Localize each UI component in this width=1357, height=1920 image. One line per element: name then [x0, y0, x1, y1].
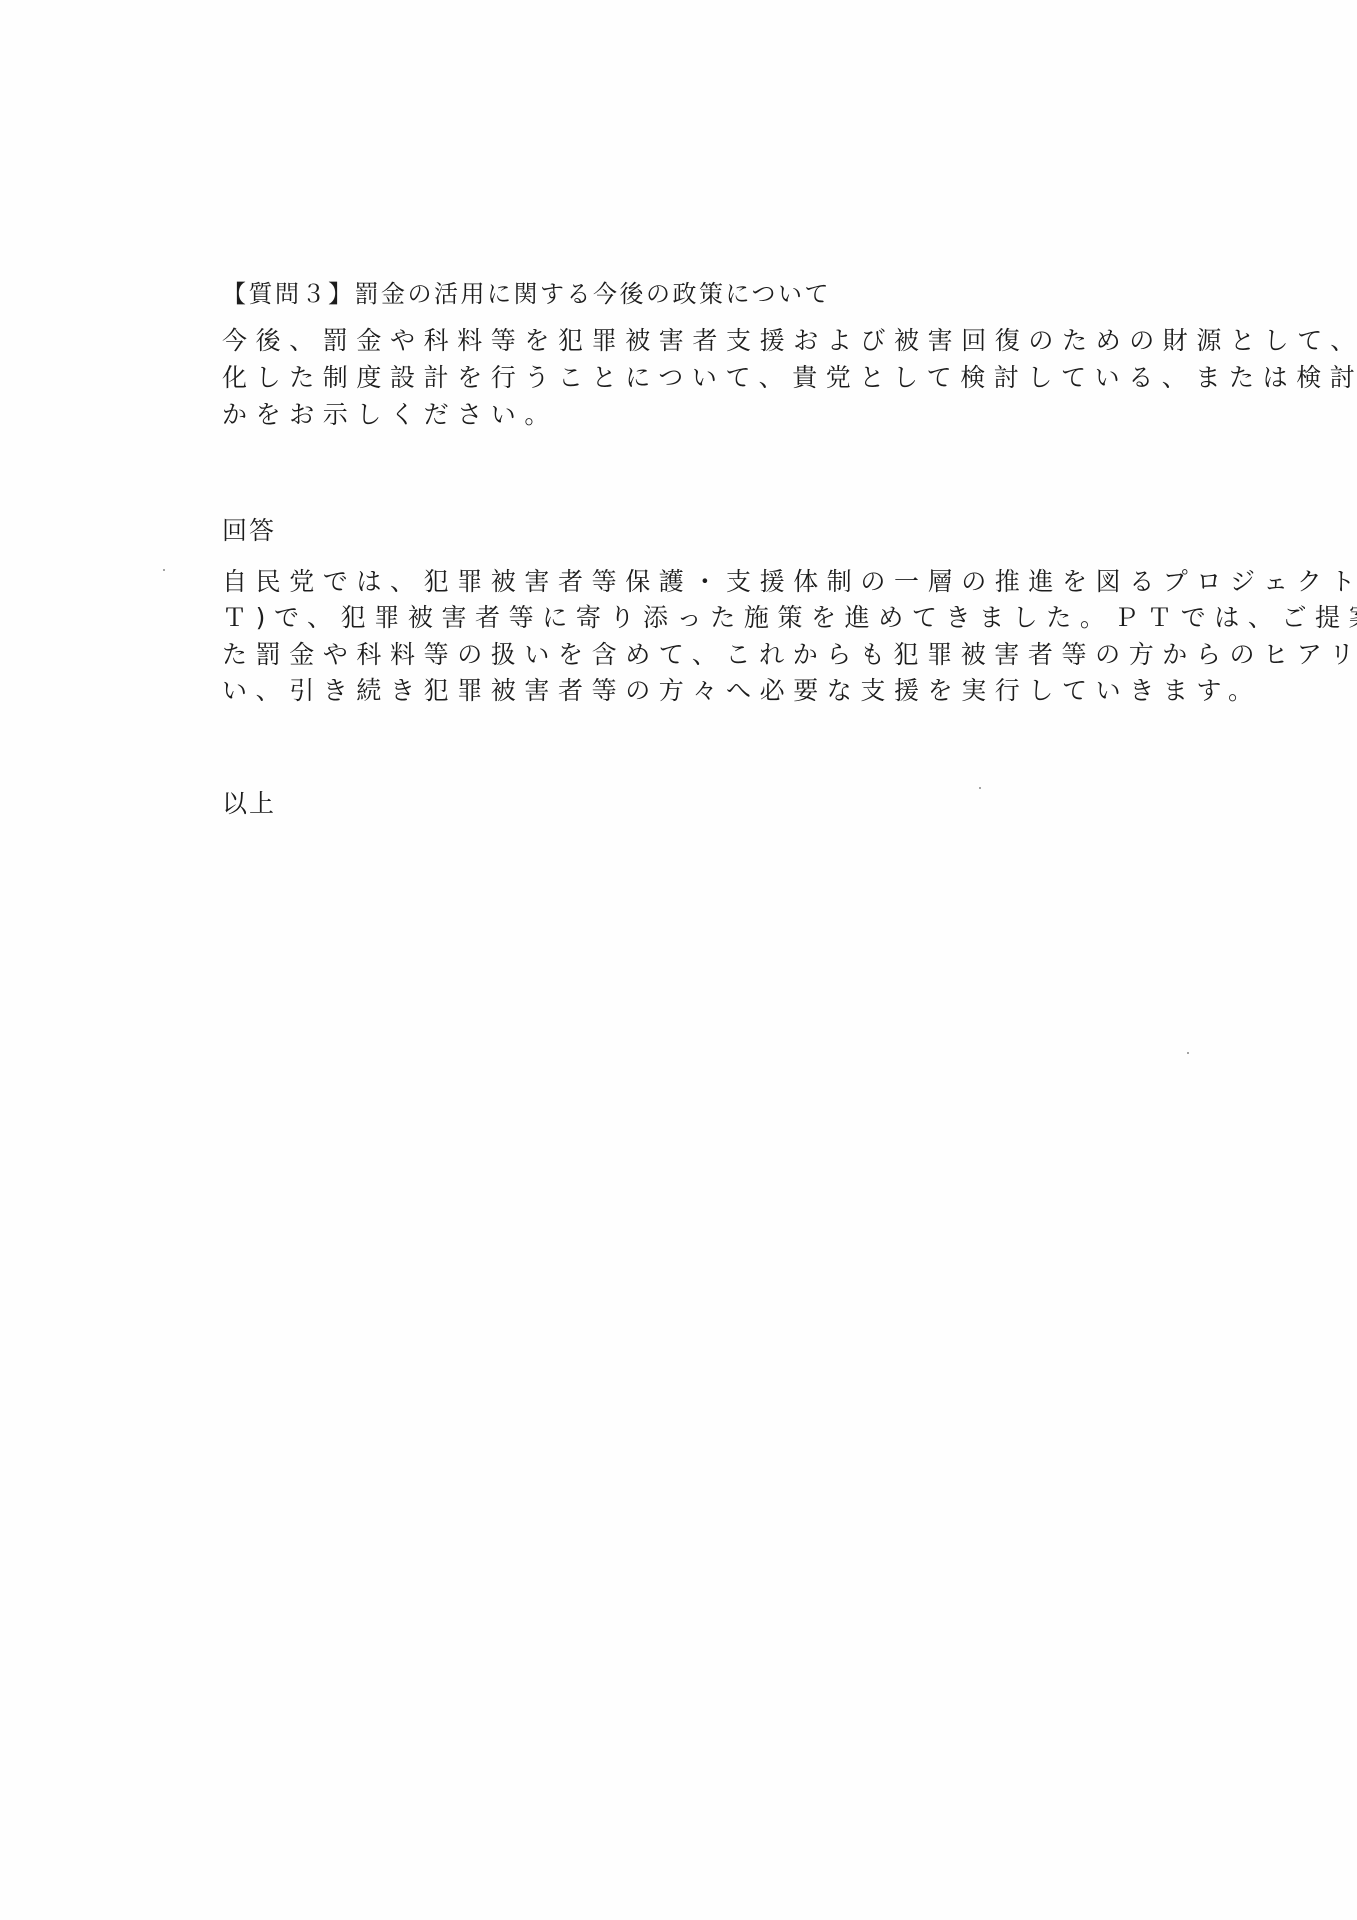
question-heading: 【質問３】罰金の活用に関する今後の政策について: [222, 276, 1182, 313]
question-paragraph: 今後、罰金や科料等を犯罪被害者支援および被害回復のための財源として、目的を明確 …: [222, 322, 1182, 433]
answer-line: Ｔ)で、犯罪被害者等に寄り添った施策を進めてきました。ＰＴでは、ご提案頂きまし: [222, 600, 1182, 636]
question-line: かをお示しください。: [222, 396, 1182, 433]
scan-speck: [979, 787, 981, 789]
answer-paragraph: 自民党では、犯罪被害者等保護・支援体制の一層の推進を図るプロジェクトチーム(Ｐ …: [222, 564, 1182, 709]
scanned-page: 【質問３】罰金の活用に関する今後の政策について 今後、罰金や科料等を犯罪被害者支…: [0, 0, 1357, 1920]
closing-text: 以上: [222, 785, 1182, 822]
answer-line: た罰金や科料等の扱いを含めて、これからも犯罪被害者等の方からのヒアリング等を行: [222, 637, 1182, 673]
answer-label: 回答: [222, 512, 1182, 549]
heading-text: 【質問３】罰金の活用に関する今後の政策について: [222, 276, 1182, 313]
scan-speck: [1187, 1052, 1189, 1054]
question-line: 化した制度設計を行うことについて、貴党として検討している、または検討予定がある: [222, 359, 1182, 396]
question-line: 今後、罰金や科料等を犯罪被害者支援および被害回復のための財源として、目的を明確: [222, 322, 1182, 359]
closing-remark: 以上: [222, 785, 1182, 822]
scan-speck: [163, 569, 165, 571]
answer-label-text: 回答: [222, 512, 1182, 549]
answer-line: 自民党では、犯罪被害者等保護・支援体制の一層の推進を図るプロジェクトチーム(Ｐ: [222, 564, 1182, 600]
answer-line: い、引き続き犯罪被害者等の方々へ必要な支援を実行していきます。: [222, 673, 1182, 709]
